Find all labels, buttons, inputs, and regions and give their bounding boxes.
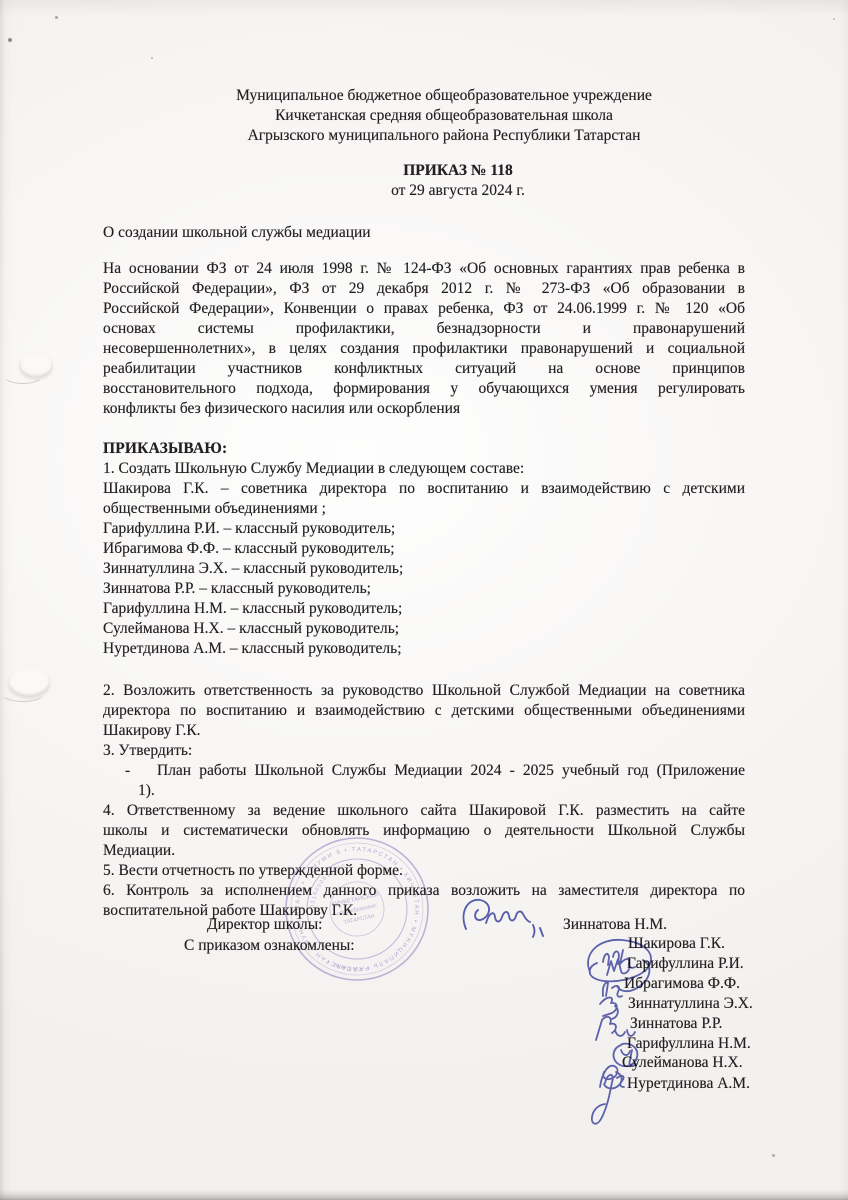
text-line: Шакирову Г.К. [103, 721, 745, 741]
dust-speck [8, 38, 12, 42]
text-line: Медиации. [103, 841, 745, 861]
item-1-intro: 1. Создать Школьную Службу Медиации в сл… [103, 459, 745, 479]
text-line: 4. Ответственному за ведение школьного с… [103, 801, 745, 821]
document-body: Муниципальное бюджетное общеобразователь… [0, 0, 848, 921]
text-line: общественными объединениями ; [103, 499, 745, 519]
member-line: Сулейманова Н.Х. – классный руководитель… [103, 619, 745, 639]
text-line: На основании ФЗ от 24 июля 1998 г. № 124… [103, 259, 745, 279]
text-line: основах системы профилактики, безнадзорн… [103, 319, 745, 339]
text-line: Российской Федерации», Конвенции о права… [103, 299, 745, 319]
org-name-line-3: Агрызского муниципального района Республ… [143, 126, 745, 146]
acknowledged-name: Гарифуллина Н.М. [627, 1034, 751, 1054]
binder-hole-arc [2, 364, 44, 384]
order-number-title: ПРИКАЗ № 118 [171, 161, 745, 181]
text-line: 1). [138, 781, 745, 801]
text-line: директора по воспитанию и взаимодействию… [103, 701, 745, 721]
item-3-subitem: - План работы Школьной Службы Медиации 2… [103, 761, 745, 801]
item-1-block: 1. Создать Школьную Службу Медиации в сл… [103, 459, 745, 659]
text-line: восстановительного подхода, формирования… [103, 379, 745, 399]
text-line: Российской Федерации», ФЗ от 29 декабря … [103, 279, 745, 299]
member-line: Зиннатова Р.Р. – классный руководитель; [103, 579, 745, 599]
resolve-heading: ПРИКАЗЫВАЮ: [103, 439, 745, 459]
acknowledged-name: Нуретдинова А.М. [627, 1074, 750, 1094]
item-3: 3. Утвердить: [103, 741, 745, 761]
member-line: Гарифуллина Р.И. – классный руководитель… [103, 519, 745, 539]
member-line: Зиннатуллина Э.Х. – классный руководител… [103, 559, 745, 579]
text-line: реабилитации участников конфликтных ситу… [103, 359, 745, 379]
acknowledged-label: С приказом ознакомлены: [184, 936, 355, 956]
binder-hole-arc [0, 682, 46, 702]
acknowledged-name: Гарифуллина Р.И. [627, 954, 744, 974]
order-preamble: На основании ФЗ от 24 июля 1998 г. № 124… [103, 259, 745, 419]
item-2: 2. Возложить ответственность за руководс… [103, 681, 745, 741]
item-1-first-member: Шакирова Г.К. – советника директора по в… [103, 479, 745, 519]
text-line: школы и систематически обновлять информа… [103, 821, 745, 841]
text-line: Шакирова Г.К. – советника директора по в… [103, 479, 745, 499]
org-name-line-1: Муниципальное бюджетное общеобразователь… [143, 86, 745, 106]
dust-speck [151, 57, 153, 59]
order-subject: О создании школьной службы медиации [103, 223, 745, 243]
list-dash-marker: - [125, 761, 130, 781]
acknowledged-name: Шакирова Г.К. [628, 934, 725, 954]
org-header: Муниципальное бюджетное общеобразователь… [143, 86, 745, 146]
member-line: Ибрагимова Ф.Ф. – классный руководитель; [103, 539, 745, 559]
order-date: от 29 августа 2024 г. [171, 181, 745, 201]
acknowledged-name: Сулейманова Н.Х. [622, 1053, 743, 1073]
item-5: 5. Вести отчетность по утвержденной форм… [103, 861, 745, 881]
org-name-line-2: Кичкетанская средняя общеобразовательная… [143, 106, 745, 126]
text-line: 6. Контроль за исполнением данного прика… [103, 881, 745, 901]
text-line: 2. Возложить ответственность за руководс… [103, 681, 745, 701]
dust-speck [55, 16, 58, 19]
acknowledged-name: Ибрагимова Ф.Ф. [624, 974, 740, 994]
text-line: несовершеннолетних», в целях создания пр… [103, 339, 745, 359]
dust-speck [772, 1154, 775, 1157]
member-line: Нуретдинова А.М. – классный руководитель… [103, 639, 745, 659]
member-line: Гарифуллина Н.М. – классный руководитель… [103, 599, 745, 619]
text-line: конфликты без физического насилия или ос… [103, 399, 745, 419]
dust-speck [833, 18, 835, 20]
director-name: Зиннатова Н.М. [563, 915, 667, 935]
text-line: План работы Школьной Службы Медиации 202… [138, 761, 745, 781]
acknowledged-name: Зиннатуллина Э.Х. [628, 994, 753, 1014]
acknowledged-name: Зиннатова Р.Р. [630, 1014, 722, 1034]
director-label: Директор школы: [207, 915, 322, 935]
item-4: 4. Ответственному за ведение школьного с… [103, 801, 745, 861]
page-bottom-edge-shadow [0, 1189, 848, 1200]
scanned-order-document: Муниципальное бюджетное общеобразователь… [0, 0, 848, 1200]
